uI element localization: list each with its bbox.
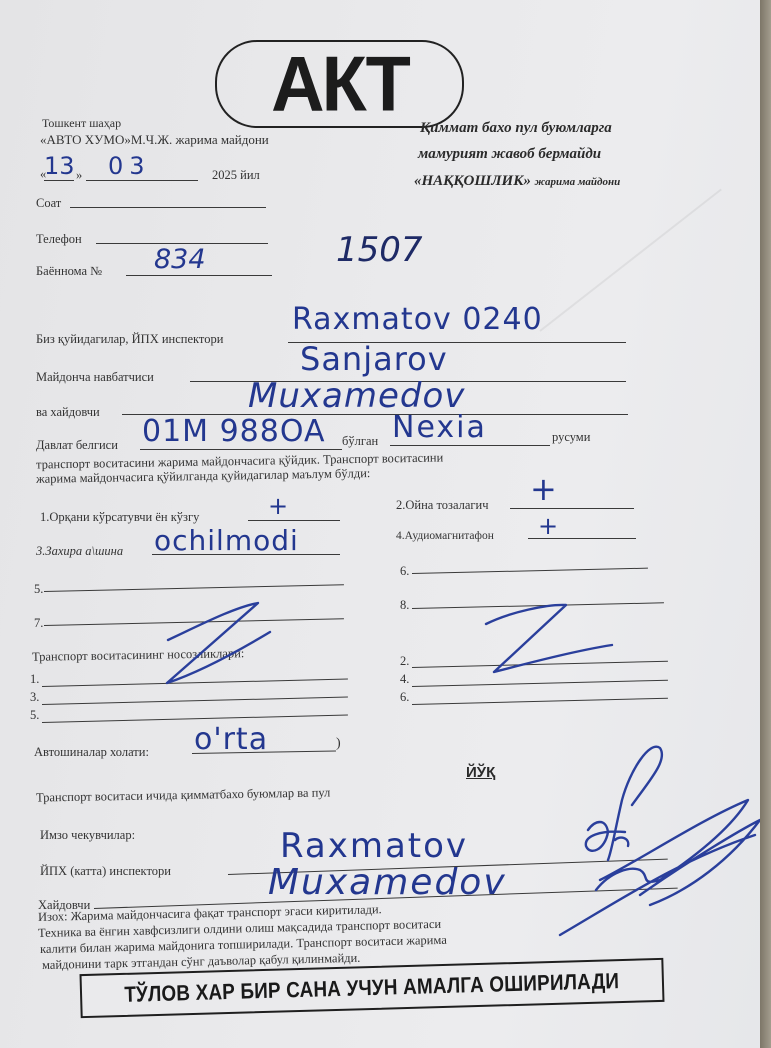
checklist-item-1-label: 1.Орқани кўрсатувчи ён кўзгу [40, 510, 199, 525]
senior-inspector-label: ЙПХ (катта) инспектори [40, 864, 171, 879]
defect-3-label: 3. [30, 690, 39, 705]
checklist-item-3-value[interactable]: ochilmodi [154, 524, 299, 557]
defect-6-label: 6. [400, 690, 409, 705]
act-document: АКТ Тошкент шаҳар «АВТО ХУМО»М.Ч.Ж. жари… [0, 0, 760, 1048]
time-input-line[interactable] [70, 207, 266, 208]
valuables-label: Транспорт воситаси ичида қимматбахо буюм… [36, 785, 331, 805]
checklist-item-2-label: 2.Ойна тозалагич [396, 498, 489, 513]
driver-signature-name[interactable]: Muxamedov [268, 862, 507, 903]
inspector-label: Биз қуйидагилар, ЙПХ инспектори [36, 332, 223, 347]
signatories-title: Имзо чекувчилар: [40, 828, 135, 843]
signature-inspector [586, 747, 662, 860]
checklist-item-2-line [510, 508, 634, 509]
notice-line-3: «НАҚҚОШЛИК» жарима майдони [414, 173, 620, 190]
date-month-line [86, 180, 198, 181]
model-line [390, 445, 550, 446]
year-label: 2025 йил [212, 168, 260, 183]
defect-5-label: 5. [30, 708, 39, 723]
checklist-item-3-label: 3.Захира а\шина [36, 544, 123, 559]
model-label: бўлган [342, 434, 378, 449]
city-label: Тошкент шаҳар [42, 116, 121, 131]
payment-banner-text: ТЎЛОВ ХАР БИР САНА УЧУН АМАЛГА ОШИРИЛАДИ [124, 968, 619, 1008]
report-number-line [126, 275, 272, 276]
inspector-value[interactable]: Raxmatov 0240 [292, 302, 543, 337]
act-logo-text: АКТ [271, 45, 408, 123]
notice-brand: «НАҚҚОШЛИК» [414, 173, 531, 189]
tires-value[interactable]: o'rta [194, 722, 268, 757]
checklist-item-1-value[interactable]: + [268, 492, 288, 520]
tires-label: Автошиналар холати: [34, 745, 149, 760]
model-suffix-label: русуми [552, 430, 590, 445]
plate-label: Давлат белгиси [36, 438, 118, 453]
checklist-item-1-line [248, 520, 340, 521]
background-edge [760, 0, 771, 1048]
duty-officer-value[interactable]: Sanjarov [300, 340, 448, 378]
notice-line-1: Қиммат бахо пул буюмларга [420, 120, 612, 137]
checklist-item-4-label: 4.Аудиомагнитафон [396, 530, 494, 542]
phone-label: Телефон [36, 232, 82, 247]
strike-z-left [167, 603, 270, 683]
report-number-label: Баённома № [36, 264, 102, 279]
checklist-item-7-line[interactable] [44, 618, 344, 626]
report-number-value[interactable]: 834 [154, 244, 206, 275]
defect-4-line[interactable] [412, 680, 668, 687]
checklist-item-6-label: 6. [400, 564, 409, 579]
defect-6-line[interactable] [412, 698, 668, 705]
plate-line [140, 449, 342, 450]
model-value[interactable]: Nexia [392, 410, 487, 445]
checklist-item-5-label: 5. [34, 582, 43, 597]
tires-close-paren: ) [336, 736, 341, 752]
date-close-quote: » [76, 168, 82, 183]
valuables-value: ЙЎҚ [466, 764, 495, 781]
extra-number-value[interactable]: 1507 [336, 230, 423, 270]
checklist-item-2-value[interactable]: + [530, 470, 557, 508]
duty-officer-label: Майдонча навбатчиси [36, 370, 154, 385]
defect-2-label: 2. [400, 654, 409, 669]
checklist-item-5-line[interactable] [44, 584, 344, 592]
defect-4-label: 4. [400, 672, 409, 687]
plate-value[interactable]: 01M 988OA [142, 414, 325, 449]
checklist-item-6-line[interactable] [412, 568, 648, 574]
time-label: Соат [36, 196, 61, 211]
date-day-value[interactable]: 13 [44, 152, 75, 180]
checklist-item-8-label: 8. [400, 598, 409, 613]
date-month-value[interactable]: 03 [108, 152, 151, 180]
defect-1-line[interactable] [42, 679, 348, 687]
defect-2-line[interactable] [412, 661, 668, 668]
senior-inspector-name[interactable]: Raxmatov [280, 826, 468, 866]
checklist-item-7-label: 7. [34, 616, 43, 631]
defect-1-label: 1. [30, 672, 39, 687]
act-logo: АКТ [215, 40, 464, 128]
driver-label: ва хайдовчи [36, 405, 100, 420]
defect-3-line[interactable] [42, 697, 348, 705]
notice-line-2: мамурият жавоб бермайди [418, 146, 601, 163]
defects-title: Транспорт воситасининг носозликлари: [32, 646, 245, 665]
checklist-item-4-value[interactable]: + [538, 512, 558, 540]
organization-label: «АВТО ХУМО»М.Ч.Ж. жарима майдони [40, 132, 269, 148]
date-day-line [44, 180, 74, 181]
checklist-item-8-line[interactable] [412, 602, 664, 609]
signature-driver [560, 800, 760, 935]
notice-brand-rest: жарима майдони [535, 176, 621, 188]
